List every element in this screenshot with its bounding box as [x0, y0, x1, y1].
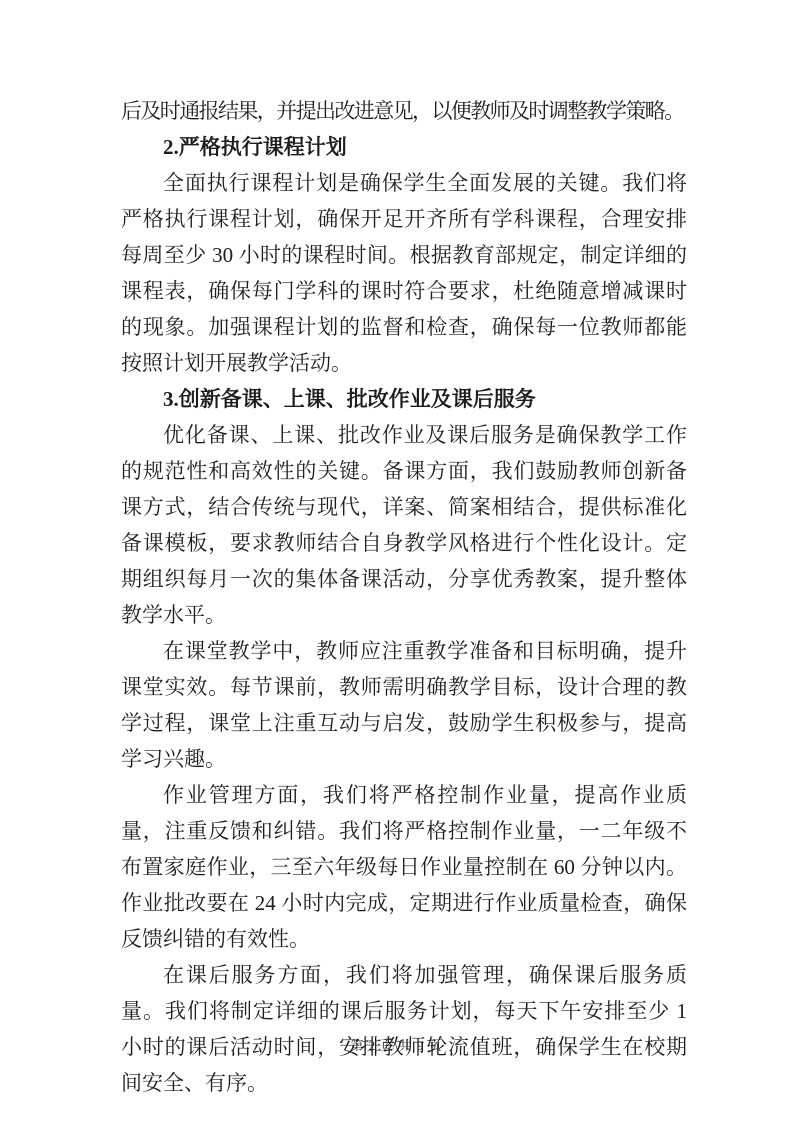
document-body: 后及时通报结果，并提出改进意见，以便教师及时调整教学策略。 2.严格执行课程计划…: [121, 93, 687, 1101]
page-footer: 第 2 页 共 9 页: [0, 1038, 793, 1054]
paragraph-classroom-teaching: 在课堂教学中，教师应注重教学准备和目标明确，提升课堂实效。每节课前，教师需明确教…: [121, 633, 687, 777]
document-page: 后及时通报结果，并提出改进意见，以便教师及时调整教学策略。 2.严格执行课程计划…: [0, 0, 793, 1122]
paragraph-after-school-service: 在课后服务方面，我们将加强管理，确保课后服务质量。我们将制定详细的课后服务计划，…: [121, 957, 687, 1101]
paragraph-lesson-prep: 优化备课、上课、批改作业及课后服务是确保教学工作的规范性和高效性的关键。备课方面…: [121, 417, 687, 633]
section-heading-2: 2.严格执行课程计划: [121, 129, 687, 165]
page-number-label: 第 2 页 共 9 页: [350, 1038, 442, 1053]
paragraph-continuation: 后及时通报结果，并提出改进意见，以便教师及时调整教学策略。: [121, 93, 687, 129]
paragraph-homework-management: 作业管理方面，我们将严格控制作业量，提高作业质量，注重反馈和纠错。我们将严格控制…: [121, 777, 687, 957]
paragraph-curriculum-plan: 全面执行课程计划是确保学生全面发展的关键。我们将严格执行课程计划，确保开足开齐所…: [121, 165, 687, 381]
section-heading-3: 3.创新备课、上课、批改作业及课后服务: [121, 381, 687, 417]
